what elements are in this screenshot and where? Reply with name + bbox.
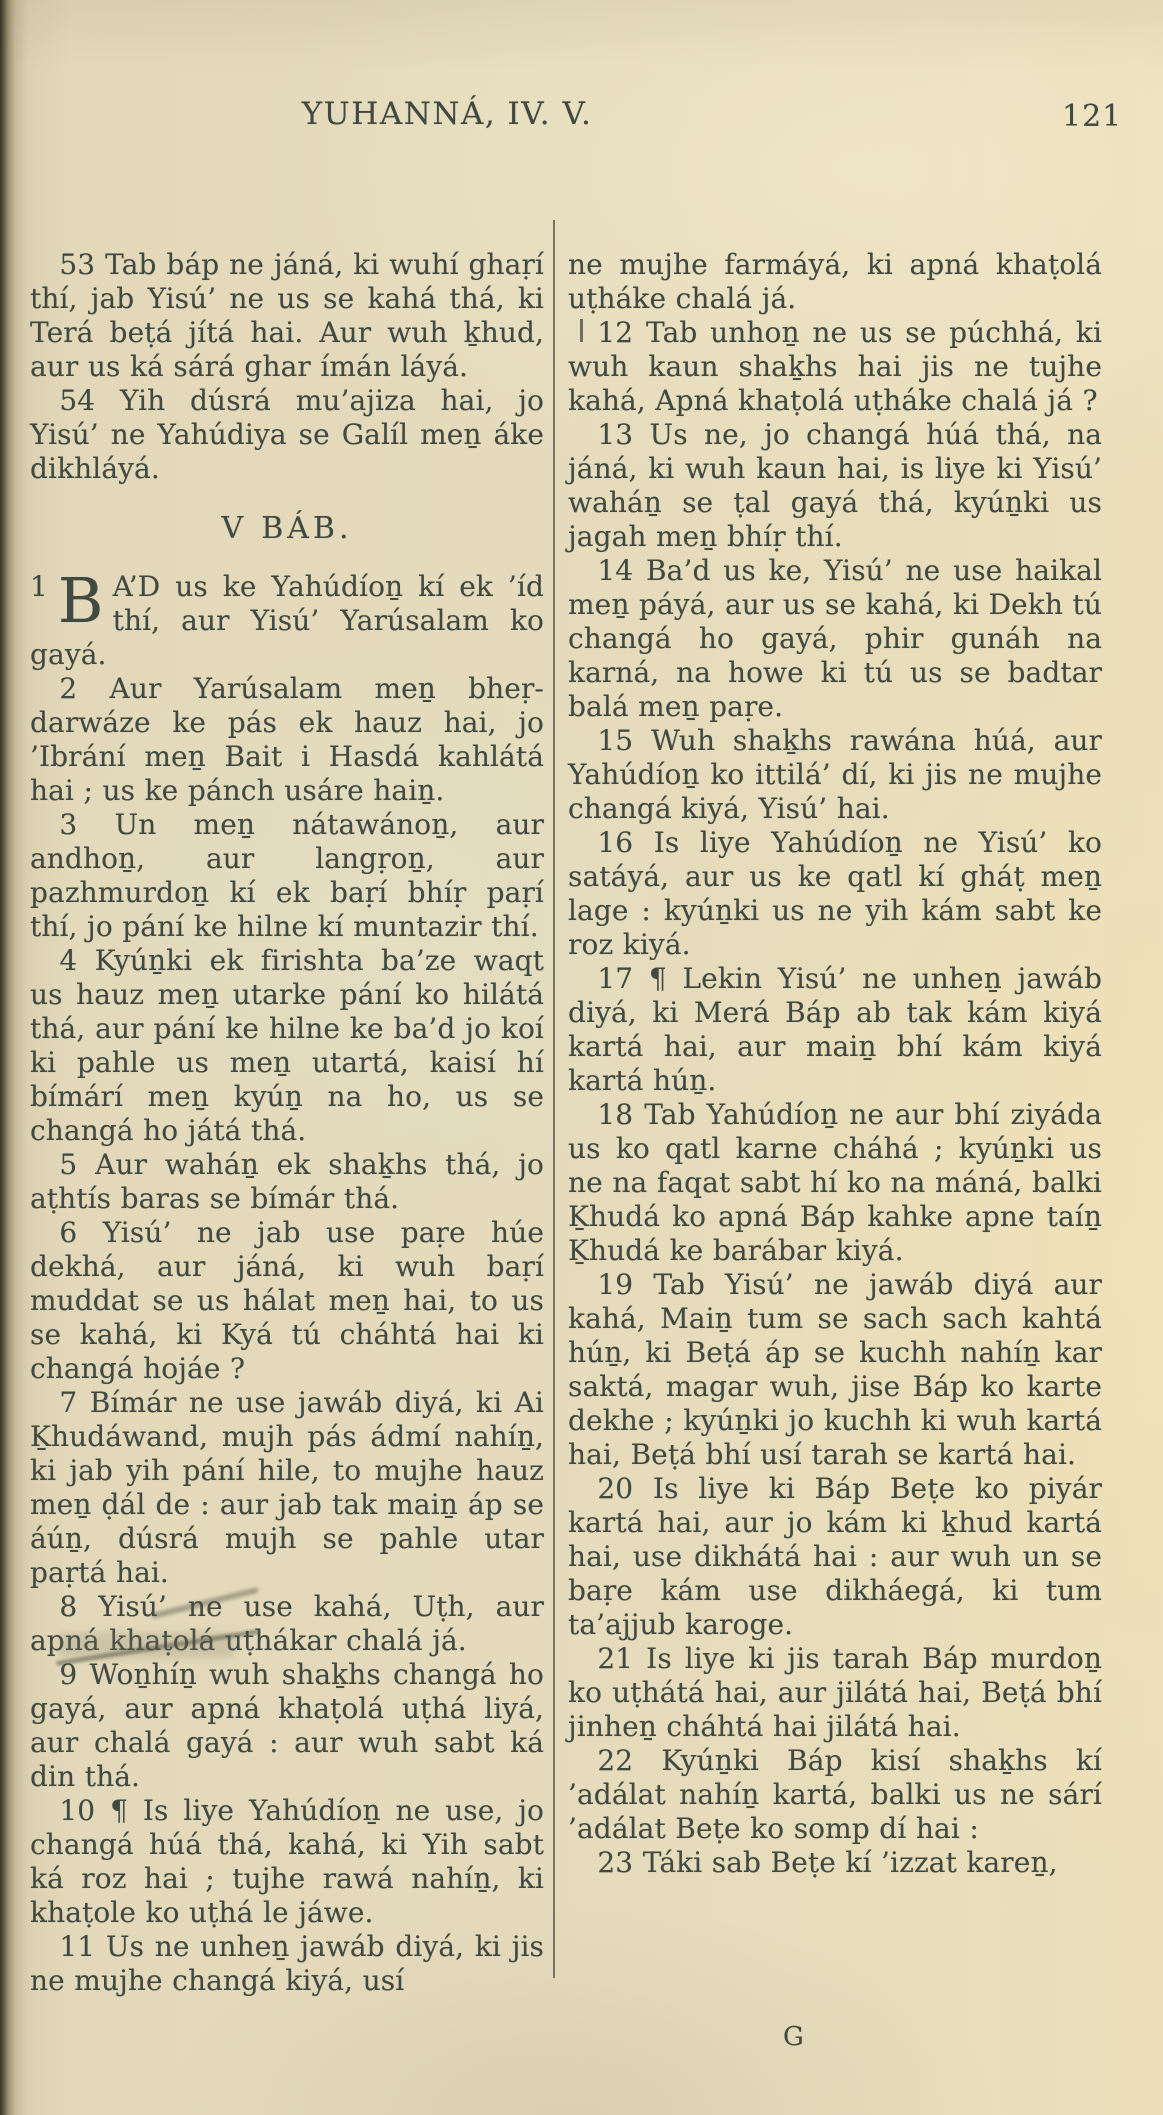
verse-number: 19 (597, 1268, 633, 1301)
verse-number: 11 (59, 1930, 95, 1963)
verse-14: 14 Ba’d us ke, Yisú’ ne use haikal meṉ p… (568, 554, 1102, 724)
verse-17: 17 ¶ Lekin Yisú’ ne unheṉ jawáb diyá, ki… (568, 962, 1102, 1098)
verse-5: 5 Aur waháṉ ek shaḵhs thá, jo aṭhtís bar… (30, 1148, 544, 1216)
left-text-column: 53 Tab báp ne jáná, ki wuhí ghaṛí thí, j… (30, 248, 544, 1998)
verse-11-continuation: ne mujhe farmáyá, ki apná khaṭolá uṭháke… (568, 248, 1102, 316)
verse-number: 2 (59, 672, 77, 705)
verse-16: 16 Is liye Yahúdíoṉ ne Yisú’ ko satáyá, … (568, 826, 1102, 962)
verse-number: 4 (59, 944, 77, 977)
verse-number: 1 (30, 570, 48, 604)
verse-number: 10 (59, 1794, 95, 1827)
verse-2: 2 Aur Yarúsalam meṉ bheṛ-darwáze ke pás … (30, 672, 544, 808)
chapter-heading: V BÁB. (30, 512, 544, 546)
verse-1: 1BA’D us ke Yahúdíoṉ kí ek ’íd thí, aur … (30, 570, 544, 672)
verse-13: 13 Us ne, jo changá húá thá, na jáná, ki… (568, 418, 1102, 554)
verse-9: 9 Woṉhíṉ wuh shaḵhs changá ho gayá, aur … (30, 1658, 544, 1794)
verse-23: 23 Táki sab Beṭe kí ’izzat kareṉ, (568, 1846, 1102, 1880)
verse-number: 14 (597, 554, 633, 587)
verse-22: 22 Kyúṉki Báp kisí shaḵhs kí ’adálat nah… (568, 1744, 1102, 1846)
verse-4: 4 Kyúṉki ek firishta ba’ze waqt us hauz … (30, 944, 544, 1148)
verse-19: 19 Tab Yisú’ ne jawáb diyá aur kahá, Mai… (568, 1268, 1102, 1472)
right-text-column: ne mujhe farmáyá, ki apná khaṭolá uṭháke… (568, 248, 1102, 1880)
running-header: YUHANNÁ, IV. V. (302, 96, 593, 132)
column-divider-rule (553, 220, 555, 1978)
verse-53: 53 Tab báp ne jáná, ki wuhí ghaṛí thí, j… (30, 248, 544, 384)
verse-3: 3 Un meṉ nátawánoṉ, aur andhoṉ, aur lang… (30, 808, 544, 944)
verse-number: 8 (59, 1590, 77, 1623)
verse-number: 5 (59, 1148, 77, 1181)
page-binding-shadow (0, 0, 26, 2115)
verse-10: 10 ¶ Is liye Yahúdíoṉ ne use, jo changá … (30, 1794, 544, 1930)
verse-number: 22 (597, 1744, 633, 1777)
stray-ink-mark (580, 319, 583, 342)
printer-signature-mark: G (783, 2022, 804, 2052)
verse-number: 12 (597, 316, 633, 349)
drop-cap-group: 1B (30, 570, 104, 634)
drop-cap: B (58, 573, 104, 629)
verse-7: 7 Bímár ne use jawáb diyá, ki Ai Ḵhudáwa… (30, 1386, 544, 1590)
page-number: 121 (1062, 99, 1122, 134)
verse-15: 15 Wuh shaḵhs rawána húá, aur Yahúdíoṉ k… (568, 724, 1102, 826)
verse-number: 53 (59, 248, 95, 281)
verse-number: 16 (597, 826, 633, 859)
verse-number: 20 (597, 1472, 633, 1505)
verse-number: 3 (59, 808, 77, 841)
verse-number: 18 (597, 1098, 633, 1131)
verse-number: 9 (59, 1658, 77, 1691)
verse-12: 12 Tab unhoṉ ne us se púchhá, ki wuh kau… (568, 316, 1102, 418)
verse-54: 54 Yih dúsrá mu’ajiza hai, jo Yisú’ ne Y… (30, 384, 544, 486)
verse-number: 21 (597, 1642, 633, 1675)
verse-number: 54 (59, 384, 95, 417)
verse-number: 15 (597, 724, 633, 757)
verse-6: 6 Yisú’ ne jab use paṛe húe dekhá, aur j… (30, 1216, 544, 1386)
scanned-book-page: YUHANNÁ, IV. V. 121 53 Tab báp ne jáná, … (0, 0, 1163, 2115)
verse-number: 23 (597, 1846, 633, 1879)
verse-20: 20 Is liye ki Báp Beṭe ko piyár kartá ha… (568, 1472, 1102, 1642)
verse-number: 6 (59, 1216, 77, 1249)
verse-number: 17 (597, 962, 633, 995)
verse-number: 13 (597, 418, 633, 451)
verse-8: 8 Yisú’ ne use kahá, Uṭh, aur apná khaṭo… (30, 1590, 544, 1658)
verse-21: 21 Is liye ki jis tarah Báp murdoṉ ko uṭ… (568, 1642, 1102, 1744)
verse-11: 11 Us ne unheṉ jawáb diyá, ki jis ne muj… (30, 1930, 544, 1998)
verse-number: 7 (59, 1386, 77, 1419)
verse-18: 18 Tab Yahúdíoṉ ne aur bhí ziyáda us ko … (568, 1098, 1102, 1268)
